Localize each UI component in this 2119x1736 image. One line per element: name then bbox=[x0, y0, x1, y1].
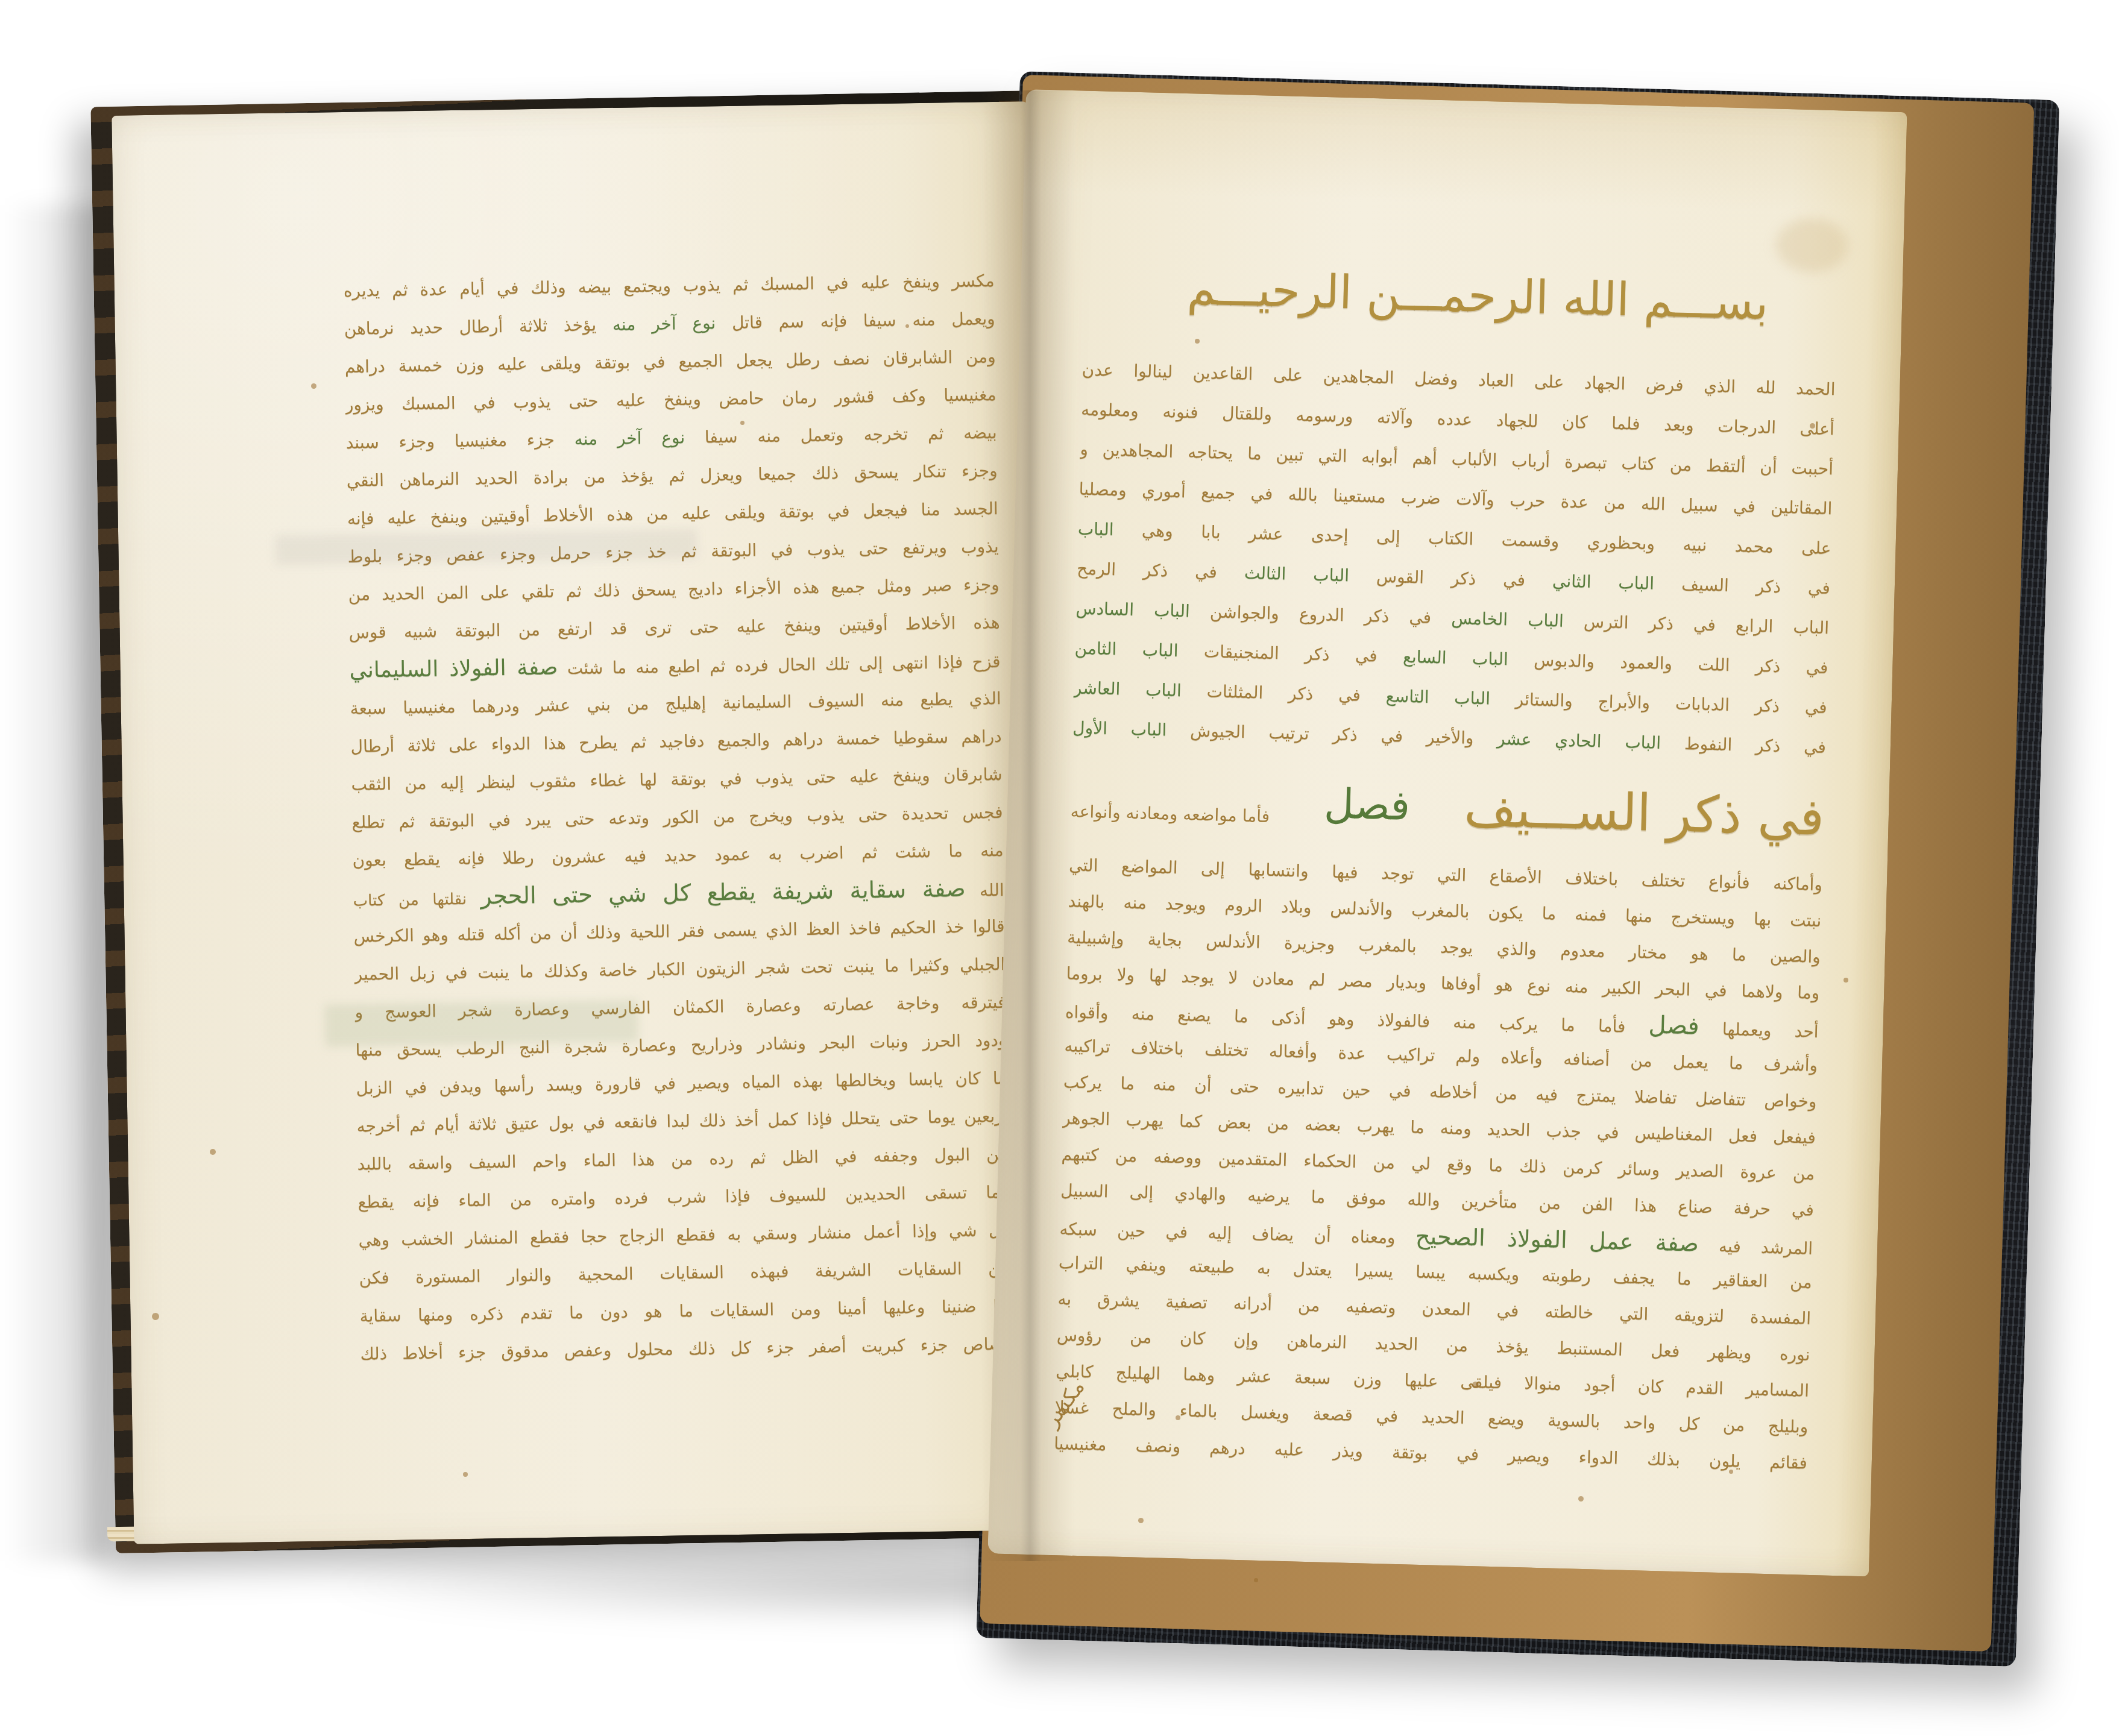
chapter-body-lines: وأماكنه فأنواع تختلف باختلاف الأصقاع الت… bbox=[1053, 847, 1822, 1481]
foxing-spot bbox=[1176, 1415, 1180, 1420]
text-segment-gold: منه ما شئت ثم اضرب به عمود حديد فيه عشرو… bbox=[352, 840, 1003, 870]
text-segment-gold: جزء مغنيسيا وجزء سبند bbox=[345, 429, 555, 452]
right-manuscript-page: بســـم الله الرحمـــن الرحيـــم الحمد لل… bbox=[987, 89, 1907, 1576]
text-segment-gold: وجزء تنكار يسحق ذلك جميعا ويعزل ثم يؤخذ … bbox=[346, 461, 997, 491]
left-manuscript-page: مكسر وينفخ عليه في المسبك ثم يذوب ويجتمع… bbox=[112, 101, 1053, 1544]
foxing-spot bbox=[905, 324, 909, 328]
foxing-spot bbox=[1195, 339, 1200, 344]
text-segment-gold: من البول وجففه في الظل ثم رده من هذا الم… bbox=[357, 1144, 1008, 1174]
chapter-heading-sword: في ذكر الســـيف bbox=[1463, 778, 1825, 847]
text-segment-gold: في ذكر الدبابات والأبراج والستائر bbox=[1515, 690, 1827, 718]
text-segment-green: الباب bbox=[1078, 519, 1114, 540]
text-segment-gold: ويعمل منه سيفا فإنه سم قاتل bbox=[732, 309, 995, 333]
text-segment-green: الباب الثاني bbox=[1552, 571, 1655, 593]
text-segment-gold: بها ضنينا وعليها أمينا ومن السقايات ما ه… bbox=[359, 1296, 1010, 1326]
chapter-heading-continuation: فأما مواضعه ومعادنه وأنواعه bbox=[1070, 773, 1271, 826]
text-segment-gold: قالوا خذ الحكيم فاخذ العظ الذي يسمى فقر … bbox=[353, 916, 1004, 946]
text-segment-gold: والأخير في ذكر ترتيب الجيوش bbox=[1190, 720, 1474, 747]
text-segment-green: نوع آخر منه bbox=[612, 313, 716, 335]
foxing-spot bbox=[152, 1313, 159, 1320]
text-segment-gold: من السقايات الشريفة فبهذه السقايات المحج… bbox=[359, 1258, 1010, 1288]
text-segment-gold: قزح فإذا انتهى إلى تلك الحال فرده ثم اطب… bbox=[567, 652, 1001, 678]
text-segment-green: الباب الخامس bbox=[1451, 608, 1564, 631]
foxing-spot bbox=[1729, 1470, 1733, 1474]
foxing-spot bbox=[1254, 1578, 1258, 1582]
foxing-spot bbox=[463, 1472, 468, 1477]
text-segment-gold: كما تسقى الحديدين للسيوف فإذا شرب فرده و… bbox=[357, 1182, 1009, 1212]
ink-bleedthrough-ghost bbox=[324, 999, 638, 1046]
text-segment-gold: شابرقان وينفخ عليه حتى يذوب في بوتقة لها… bbox=[351, 764, 1002, 794]
text-segment-gold: فجس تحديدة حتى يذوب ويخرج من الكور وتدعه… bbox=[351, 802, 1003, 832]
chapter-heading-band: في ذكر الســـيف فصل فأما مواضعه ومعادنه … bbox=[1069, 747, 1825, 867]
text-segment-green: صفة عمل الفولاذ الصحيح bbox=[1415, 1223, 1699, 1257]
foxing-spot bbox=[1578, 1496, 1584, 1502]
preface-and-contents-lines: الحمد لله الذي فرض الجهاد على العباد وفض… bbox=[1072, 350, 1836, 767]
text-segment-gold: في ذكر النفوط bbox=[1684, 734, 1827, 757]
text-segment-gold: في ذكر الرمح bbox=[1077, 558, 1218, 582]
text-segment-green: الباب العاشر bbox=[1074, 678, 1182, 700]
text-segment-gold: هذه الأخلاط أوقيتين وينفخ عليه حتى ترى ق… bbox=[348, 612, 1000, 643]
text-segment-green: الباب الأول bbox=[1072, 717, 1167, 740]
text-segment-gold: بيضه ثم تخرجه وتعمل منه سيفا bbox=[705, 423, 997, 447]
text-segment-gold: في ذكر المنجنيقات bbox=[1203, 641, 1378, 666]
text-segment-gold: نقلتها من كتاب bbox=[353, 890, 467, 910]
text-segment-gold: ما كان يابسا ويخالطها بهذه المياه ويصير … bbox=[356, 1068, 1007, 1098]
text-segment-gold: في ذكر المثلثات bbox=[1206, 681, 1361, 705]
text-segment-gold: أحد ويعملها bbox=[1722, 1019, 1819, 1042]
text-segment-gold: في ذكر اللت والعمود والدبوس bbox=[1534, 650, 1828, 678]
text-segment-gold: في ذكر السيف bbox=[1681, 574, 1831, 598]
text-segment-gold: ومن الشابرقان نصف رطل يجعل الجميع في بوت… bbox=[345, 347, 996, 377]
text-segment-gold: الجبلي وكثيرا ما ينبت تحت شجر الزيتون ال… bbox=[354, 954, 1005, 984]
text-segment-green: الباب الحادي عشر bbox=[1497, 729, 1661, 753]
text-segment-gold: الذي يطبع منه السيوف السليمانية إهليلج م… bbox=[350, 688, 1001, 719]
text-segment-green: نوع آخر منه bbox=[574, 427, 685, 449]
foxing-spot bbox=[311, 383, 316, 389]
text-segment-gold: يؤخذ ثلاثة أرطال حديد نرماهن bbox=[344, 315, 597, 339]
text-segment-gold: في ذكر القوس bbox=[1376, 566, 1526, 590]
foxing-spot bbox=[1138, 1518, 1144, 1523]
text-segment-green: الباب الثالث bbox=[1244, 563, 1350, 586]
book-left-shadow bbox=[5, 205, 107, 1561]
text-segment-green: الباب التاسع bbox=[1385, 686, 1490, 709]
basmala-calligraphy: بســـم الله الرحمـــن الرحيـــم bbox=[1100, 221, 1856, 370]
text-segment-gold: ومعناه أن يضاف إليه في حين سبكه bbox=[1059, 1219, 1396, 1248]
text-segment-gold: مكسر وينفخ عليه في المسبك ثم يذوب ويجتمع… bbox=[344, 271, 995, 301]
foxing-spot bbox=[740, 421, 745, 425]
text-segment-green: الباب السابع bbox=[1403, 647, 1508, 670]
foxing-spot bbox=[1472, 1382, 1479, 1388]
manuscript-photo: مكسر وينفخ عليه في المسبك ثم يذوب ويجتمع… bbox=[0, 0, 2119, 1736]
text-segment-gold: وجزء صبر ومثل جميع هذه الأجزاء داديج يسح… bbox=[348, 574, 999, 605]
foxing-spot bbox=[1843, 978, 1848, 983]
text-segment-gold: المرشد فيه bbox=[1719, 1236, 1813, 1259]
text-segment-gold: على محمد نبيه وبحظوري وقسمت الكتاب إلى إ… bbox=[1142, 520, 1831, 558]
text-segment-green: الباب السادس bbox=[1075, 598, 1190, 621]
foxing-spot bbox=[1810, 423, 1815, 429]
text-segment-gold: في ذكر الدروع والجواشن bbox=[1210, 602, 1432, 627]
text-segment-green: صفة الفولاذ السليماني bbox=[349, 655, 558, 682]
chapter-heading-fasl: فصل bbox=[1323, 780, 1411, 830]
text-segment-green: الباب الثامن bbox=[1074, 638, 1179, 660]
text-segment-green: فصل bbox=[1648, 1011, 1699, 1040]
text-segment-gold: دراهم سقوطيا خمسة دراهم والجميع دفاجيد ث… bbox=[350, 726, 1001, 756]
right-page-text-block: بســـم الله الرحمـــن الرحيـــم الحمد لل… bbox=[1053, 221, 1839, 1482]
text-segment-gold: كل شي وإذا أعمل منشار وسقي به فقطع الزجا… bbox=[358, 1220, 1009, 1250]
text-segment-green: صفة سقاية شريفة يقطع كل شي حتى الحجر bbox=[480, 875, 966, 910]
text-segment-gold: الله bbox=[980, 880, 1004, 901]
text-segment-gold: الجسد منا فيجعل في بوتقة ويلقى عليه من ه… bbox=[347, 498, 998, 529]
text-segment-gold: مغنيسيا وكف قشور رمان حامض وينفخ عليه حت… bbox=[345, 385, 997, 415]
text-segment-gold: الباب الرابع في ذكر الترس bbox=[1584, 612, 1830, 638]
left-page-text-block: مكسر وينفخ عليه في المسبك ثم يذوب ويجتمع… bbox=[343, 262, 1012, 1373]
text-segment-gold: أربعين يوما حتى يتحلل فإذا كمل أخذ ذلك ل… bbox=[356, 1106, 1007, 1136]
foxing-spot bbox=[210, 1149, 216, 1155]
text-segment-gold: رصاص جزء كبريت أصفر جزء كل ذلك محلول وعف… bbox=[360, 1334, 1011, 1364]
